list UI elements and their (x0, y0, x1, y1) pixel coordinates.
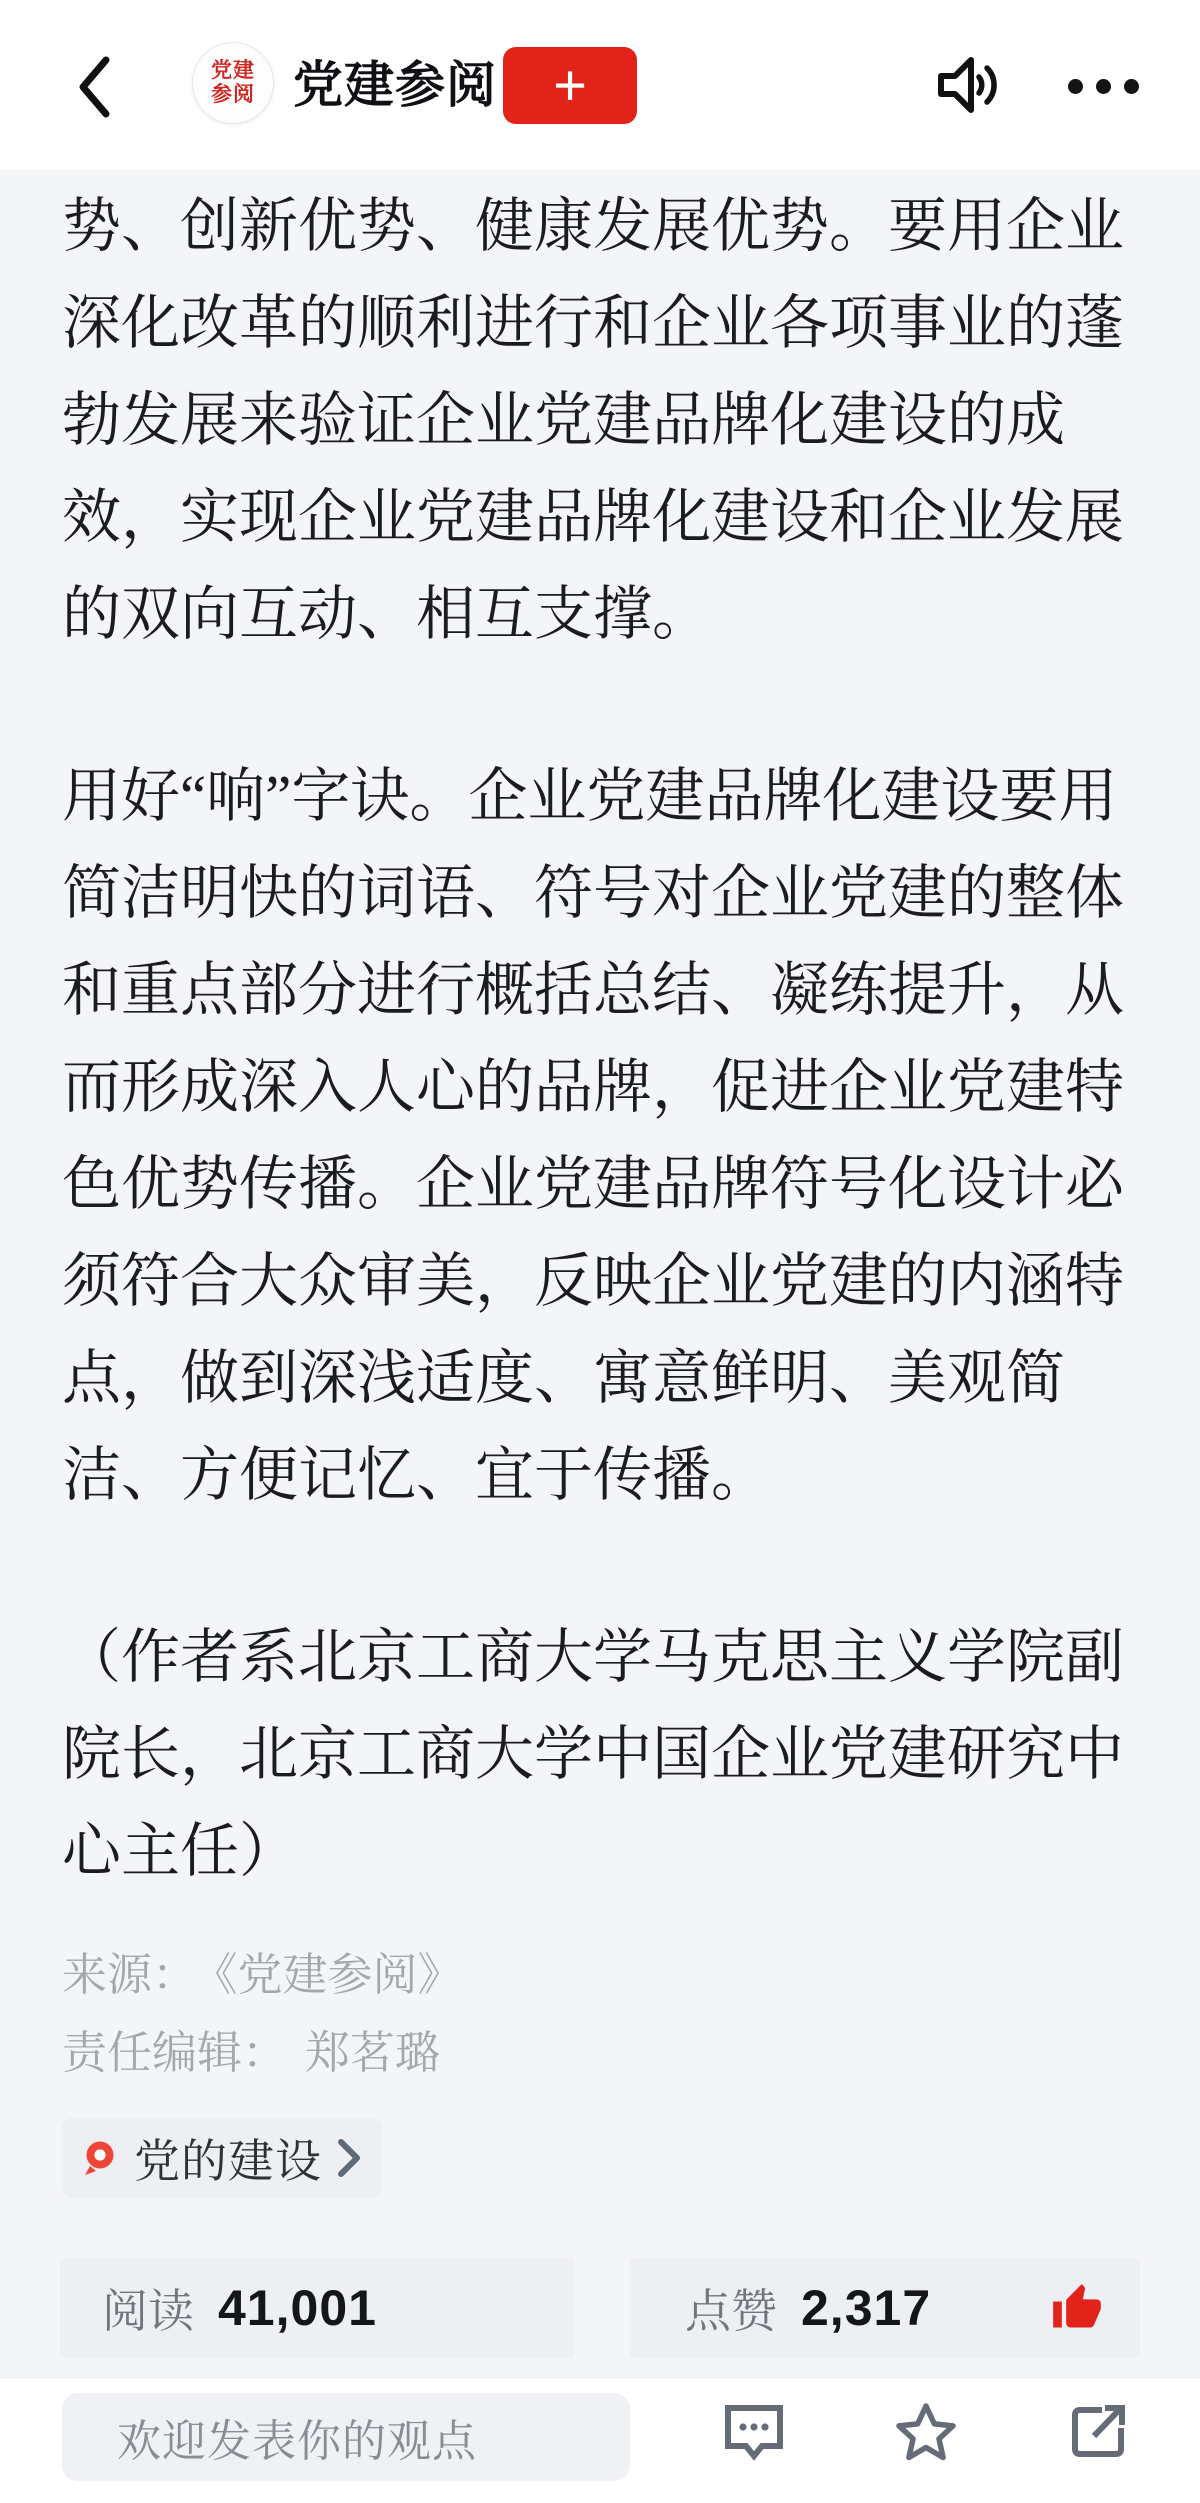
article-body: 势、创新优势、健康发展优势。要用企业 深化改革的顺利进行和企业各项事业的蓬 勃发… (62, 178, 1142, 1985)
stats-row: 阅读 41,001 点赞 2,317 (60, 2258, 1140, 2358)
editor-value: 郑茗璐 (305, 2027, 440, 2078)
editor-label: 责任编辑： (62, 2027, 287, 2078)
article-line: 须符合大众审美，反映企业党建的内涵特 (62, 1233, 1142, 1330)
article-line: 勃发展来验证企业党建品牌化建设的成 (62, 372, 1142, 469)
thumbs-up-icon[interactable] (1050, 2282, 1104, 2334)
editor-row: 责任编辑：郑茗璐 (62, 2014, 463, 2092)
avatar-text-line1: 党建 (211, 59, 255, 83)
article-line: 心主任） (62, 1803, 1142, 1900)
source-label: 来源： (62, 1949, 197, 2000)
article-line: 深化改革的顺利进行和企业各项事业的蓬 (62, 275, 1142, 372)
comment-input[interactable]: 欢迎发表你的观点 (62, 2393, 630, 2481)
article-line: 效，实现企业党建品牌化建设和企业发展 (62, 469, 1142, 566)
speaker-icon (933, 52, 1009, 118)
paragraph: 势、创新优势、健康发展优势。要用企业 深化改革的顺利进行和企业各项事业的蓬 勃发… (62, 178, 1142, 663)
article-line: 用好“响”字诀。企业党建品牌化建设要用 (62, 748, 1142, 845)
comments-button[interactable] (720, 2400, 788, 2466)
read-count-card: 阅读 41,001 (60, 2258, 575, 2358)
article-line: 的双向互动、相互支撑。 (62, 566, 1142, 663)
back-button[interactable] (74, 54, 114, 120)
dot-icon (1068, 79, 1083, 94)
channel-avatar[interactable]: 党建 参阅 (192, 42, 274, 124)
article-line: （作者系北京工商大学马克思主义学院副 (62, 1609, 1142, 1706)
article-line: 点，做到深浅适度、寓意鲜明、美观简 (62, 1330, 1142, 1427)
article-line: 洁、方便记忆、宜于传播。 (62, 1427, 1142, 1524)
channel-title[interactable]: 党建参阅 (293, 58, 497, 112)
dot-icon (1124, 79, 1139, 94)
bottom-action-bar: 欢迎发表你的观点 (0, 2377, 1200, 2503)
dot-icon (1096, 79, 1111, 94)
article-line: 院长，北京工商大学中国企业党建研究中 (62, 1706, 1142, 1803)
like-value: 2,317 (801, 2279, 931, 2337)
article-meta: 来源：《党建参阅》 责任编辑：郑茗璐 (62, 1936, 463, 2092)
follow-button[interactable]: + (503, 47, 637, 124)
source-row: 来源：《党建参阅》 (62, 1936, 463, 2014)
article-line: 而形成深入人心的品牌，促进企业党建特 (62, 1039, 1142, 1136)
topic-tag-party-building[interactable]: 党的建设 (62, 2118, 382, 2198)
more-menu-button[interactable] (1068, 79, 1139, 94)
article-line: 简洁明快的词语、符号对企业党建的整体 (62, 845, 1142, 942)
top-bar: 党建 参阅 党建参阅 + (0, 0, 1200, 170)
article-line: 势、创新优势、健康发展优势。要用企业 (62, 178, 1142, 275)
plus-icon: + (553, 57, 587, 115)
avatar-text-line2: 参阅 (211, 83, 255, 107)
comment-placeholder: 欢迎发表你的观点 (117, 2405, 477, 2469)
chevron-right-icon (336, 2138, 362, 2178)
back-chevron-icon (74, 54, 114, 120)
paragraph: 用好“响”字诀。企业党建品牌化建设要用 简洁明快的词语、符号对企业党建的整体 和… (62, 748, 1142, 1524)
favorite-star-button[interactable] (892, 2400, 960, 2466)
like-count-card[interactable]: 点赞 2,317 (630, 2258, 1140, 2358)
article-line: 色优势传播。企业党建品牌符号化设计必 (62, 1136, 1142, 1233)
read-label: 阅读 (102, 2275, 194, 2341)
source-value: 《党建参阅》 (215, 1949, 463, 2000)
topic-bubble-icon (82, 2139, 118, 2177)
audio-read-button[interactable] (933, 52, 1009, 118)
read-value: 41,001 (218, 2279, 377, 2337)
topic-tag-label: 党的建设 (134, 2125, 322, 2191)
article-line: 和重点部分进行概括总结、凝练提升，从 (62, 942, 1142, 1039)
paragraph-author-note: （作者系北京工商大学马克思主义学院副 院长，北京工商大学中国企业党建研究中 心主… (62, 1609, 1142, 1900)
like-label: 点赞 (685, 2275, 777, 2341)
share-button[interactable] (1064, 2400, 1132, 2466)
